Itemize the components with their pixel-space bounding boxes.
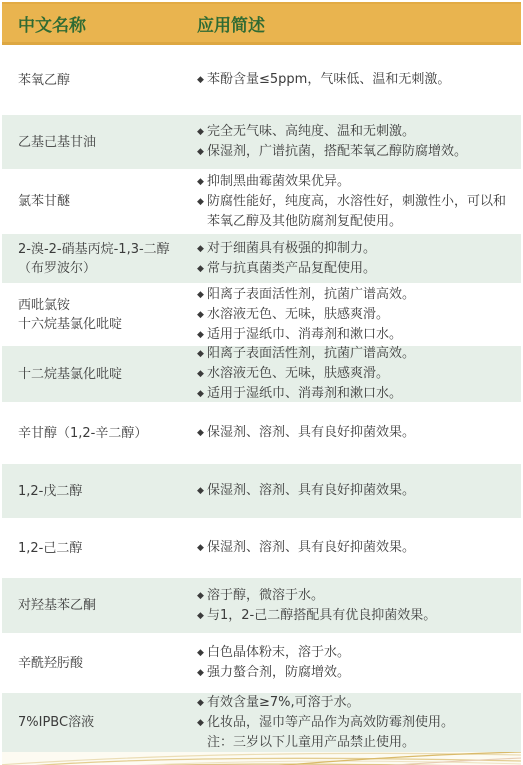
diamond-bullet-icon: ◆ <box>197 71 207 90</box>
desc-text: 白色晶体粉末，溶于水。 <box>207 645 350 660</box>
desc-line: ◆适用于湿纸巾、消毒剂和漱口水。 <box>197 325 517 345</box>
desc-cell: ◆阳离子表面活性剂，抗菌广谱高效。◆水溶液无色、无味，肤感爽滑。◆适用于湿纸巾、… <box>197 286 521 343</box>
desc-line: ◆完全无气味、高纯度、温和无刺激。 <box>197 122 517 142</box>
diamond-bullet-icon: ◆ <box>197 240 207 259</box>
name-cell: 氯苯甘醚 <box>2 172 197 231</box>
desc-text: 水溶液无色、无味，肤感爽滑。 <box>207 307 389 322</box>
desc-line: ◆水溶液无色、无味，肤感爽滑。 <box>197 364 517 384</box>
chemical-name: 2-溴-2-硝基丙烷-1,3-二醇 <box>18 240 197 259</box>
diamond-bullet-icon: ◆ <box>197 385 207 404</box>
desc-line: ◆适用于湿纸巾、消毒剂和漱口水。 <box>197 384 517 404</box>
desc-text: 强力螯合剂，防腐增效。 <box>207 665 350 680</box>
desc-text: 抑制黑曲霉菌效果优异。 <box>207 174 350 189</box>
name-cell: 1,2-戊二醇 <box>2 464 197 518</box>
desc-line: ◆苯酚含量≤5ppm，气味低、温和无刺激。 <box>197 70 517 90</box>
table-row: 辛酰羟肟酸◆白色晶体粉末，溶于水。◆强力螯合剂，防腐增效。 <box>2 633 521 690</box>
desc-line: ◆强力螯合剂，防腐增效。 <box>197 663 517 683</box>
table-row: 对羟基苯乙酮◆溶于醇，微溶于水。◆与1，2-己二醇搭配具有优良抑菌效果。 <box>2 575 521 633</box>
name-cell: 辛酰羟肟酸 <box>2 636 197 690</box>
desc-line: ◆抑制黑曲霉菌效果优异。 <box>197 172 517 192</box>
table-row: 1,2-己二醇◆保湿剂、溶剂、具有良好抑菌效果。 <box>2 518 521 575</box>
wave-lines-icon <box>2 752 521 765</box>
diamond-bullet-icon: ◆ <box>197 326 207 345</box>
table-body: 苯氧乙醇◆苯酚含量≤5ppm，气味低、温和无刺激。乙基己基甘油◆完全无气味、高纯… <box>2 45 521 752</box>
diamond-bullet-icon: ◆ <box>197 424 207 443</box>
desc-text: 常与抗真菌类产品复配使用。 <box>207 261 376 276</box>
desc-text: 与1，2-己二醇搭配具有优良抑菌效果。 <box>207 608 436 623</box>
name-cell: 对羟基苯乙酮 <box>2 578 197 633</box>
desc-cell: ◆苯酚含量≤5ppm，气味低、温和无刺激。 <box>197 48 521 112</box>
desc-cell: ◆溶于醇，微溶于水。◆与1，2-己二醇搭配具有优良抑菌效果。 <box>197 578 521 633</box>
chemical-name: 西吡氯铵 <box>18 296 197 315</box>
desc-cell: ◆抑制黑曲霉菌效果优异。◆防腐性能好，纯度高，水溶性好，刺激性小，可以和苯氧乙醇… <box>197 172 521 231</box>
diamond-bullet-icon: ◆ <box>197 123 207 142</box>
desc-cell: ◆对于细菌具有极强的抑制力。◆常与抗真菌类产品复配使用。 <box>197 234 521 283</box>
desc-line: ◆水溶液无色、无味，肤感爽滑。 <box>197 305 517 325</box>
table-row: 1,2-戊二醇◆保湿剂、溶剂、具有良好抑菌效果。 <box>2 461 521 518</box>
desc-text: 阳离子表面活性剂，抗菌广谱高效。 <box>207 346 415 361</box>
desc-line: ◆有效含量≥7%,可溶于水。 <box>197 693 517 713</box>
chemical-name: （布罗波尔） <box>18 259 197 278</box>
chemical-name: 1,2-己二醇 <box>18 539 197 558</box>
table-row: 十二烷基氯化吡啶◆阳离子表面活性剂，抗菌广谱高效。◆水溶液无色、无味，肤感爽滑。… <box>2 343 521 402</box>
desc-text: 注：三岁以下儿童用产品禁止使用。 <box>207 735 415 750</box>
desc-line: 注：三岁以下儿童用产品禁止使用。 <box>197 733 517 752</box>
chemical-name: 氯苯甘醚 <box>18 192 197 211</box>
desc-text: 苯氧乙醇及其他防腐剂复配使用。 <box>207 214 402 229</box>
diamond-bullet-icon: ◆ <box>197 644 207 663</box>
desc-text: 适用于湿纸巾、消毒剂和漱口水。 <box>207 386 402 401</box>
diamond-bullet-icon: ◆ <box>197 365 207 384</box>
desc-line: ◆保湿剂、溶剂、具有良好抑菌效果。 <box>197 423 517 443</box>
desc-text: 阳离子表面活性剂，抗菌广谱高效。 <box>207 287 415 302</box>
diamond-bullet-icon: ◆ <box>197 193 207 212</box>
desc-cell: ◆阳离子表面活性剂，抗菌广谱高效。◆水溶液无色、无味，肤感爽滑。◆适用于湿纸巾、… <box>197 346 521 402</box>
table-row: 7%IPBC溶液◆有效含量≥7%,可溶于水。◆化妆品，湿巾等产品作为高效防霉剂使… <box>2 690 521 752</box>
desc-line: ◆防腐性能好，纯度高，水溶性好，刺激性小，可以和 <box>197 192 517 212</box>
desc-line: ◆保湿剂、溶剂、具有良好抑菌效果。 <box>197 481 517 501</box>
desc-cell: ◆白色晶体粉末，溶于水。◆强力螯合剂，防腐增效。 <box>197 636 521 690</box>
diamond-bullet-icon: ◆ <box>197 694 207 713</box>
name-cell: 苯氧乙醇 <box>2 48 197 112</box>
desc-text: 有效含量≥7%,可溶于水。 <box>207 695 360 710</box>
chemical-name: 苯氧乙醇 <box>18 71 197 90</box>
table-row: 西吡氯铵十六烷基氯化吡啶◆阳离子表面活性剂，抗菌广谱高效。◆水溶液无色、无味，肤… <box>2 283 521 343</box>
desc-cell: ◆保湿剂、溶剂、具有良好抑菌效果。 <box>197 405 521 461</box>
diamond-bullet-icon: ◆ <box>197 539 207 558</box>
chemical-name: 辛酰羟肟酸 <box>18 654 197 673</box>
chemical-name: 十六烷基氯化吡啶 <box>18 315 197 334</box>
name-cell: 西吡氯铵十六烷基氯化吡啶 <box>2 286 197 343</box>
name-cell: 2-溴-2-硝基丙烷-1,3-二醇（布罗波尔） <box>2 234 197 283</box>
diamond-bullet-icon: ◆ <box>197 345 207 364</box>
table-row: 乙基己基甘油◆完全无气味、高纯度、温和无刺激。◆保湿剂，广谱抗菌，搭配苯氧乙醇防… <box>2 112 521 169</box>
desc-line: ◆阳离子表面活性剂，抗菌广谱高效。 <box>197 285 517 305</box>
desc-text: 保湿剂，广谱抗菌，搭配苯氧乙醇防腐增效。 <box>207 144 467 159</box>
diamond-bullet-icon: ◆ <box>197 143 207 162</box>
diamond-bullet-icon: ◆ <box>197 173 207 192</box>
desc-cell: ◆有效含量≥7%,可溶于水。◆化妆品，湿巾等产品作为高效防霉剂使用。注：三岁以下… <box>197 693 521 752</box>
diamond-bullet-icon: ◆ <box>197 664 207 683</box>
desc-line: ◆与1，2-己二醇搭配具有优良抑菌效果。 <box>197 606 517 626</box>
table-header-row: 中文名称 应用简述 <box>2 2 521 45</box>
desc-line: ◆阳离子表面活性剂，抗菌广谱高效。 <box>197 344 517 364</box>
diamond-bullet-icon: ◆ <box>197 714 207 733</box>
column-header-application: 应用简述 <box>197 11 521 36</box>
desc-text: 对于细菌具有极强的抑制力。 <box>207 241 376 256</box>
desc-cell: ◆保湿剂、溶剂、具有良好抑菌效果。 <box>197 464 521 518</box>
desc-line: ◆白色晶体粉末，溶于水。 <box>197 643 517 663</box>
ingredient-table-page: 中文名称 应用简述 苯氧乙醇◆苯酚含量≤5ppm，气味低、温和无刺激。乙基己基甘… <box>0 0 523 765</box>
diamond-bullet-icon: ◆ <box>197 286 207 305</box>
desc-text: 水溶液无色、无味，肤感爽滑。 <box>207 366 389 381</box>
desc-text: 保湿剂、溶剂、具有良好抑菌效果。 <box>207 540 415 555</box>
table-row: 2-溴-2-硝基丙烷-1,3-二醇（布罗波尔）◆对于细菌具有极强的抑制力。◆常与… <box>2 231 521 283</box>
desc-text: 完全无气味、高纯度、温和无刺激。 <box>207 124 415 139</box>
diamond-bullet-icon: ◆ <box>197 260 207 279</box>
desc-cell: ◆保湿剂、溶剂、具有良好抑菌效果。 <box>197 521 521 575</box>
footer-decoration <box>2 752 521 765</box>
name-cell: 1,2-己二醇 <box>2 521 197 575</box>
chemical-name: 对羟基苯乙酮 <box>18 596 197 615</box>
desc-line: ◆对于细菌具有极强的抑制力。 <box>197 239 517 259</box>
desc-text: 保湿剂、溶剂、具有良好抑菌效果。 <box>207 483 415 498</box>
chemical-name: 乙基己基甘油 <box>18 133 197 152</box>
table-row: 苯氧乙醇◆苯酚含量≤5ppm，气味低、温和无刺激。 <box>2 45 521 112</box>
diamond-bullet-icon: ◆ <box>197 482 207 501</box>
chemical-name: 7%IPBC溶液 <box>18 713 197 732</box>
chemical-name: 辛甘醇（1,2-辛二醇） <box>18 424 197 443</box>
desc-text: 溶于醇，微溶于水。 <box>207 588 324 603</box>
desc-line: ◆保湿剂，广谱抗菌，搭配苯氧乙醇防腐增效。 <box>197 142 517 162</box>
desc-text: 保湿剂、溶剂、具有良好抑菌效果。 <box>207 425 415 440</box>
column-header-chinese-name: 中文名称 <box>2 11 197 36</box>
diamond-bullet-icon: ◆ <box>197 607 207 626</box>
desc-line: 苯氧乙醇及其他防腐剂复配使用。 <box>197 212 517 231</box>
desc-line: ◆保湿剂、溶剂、具有良好抑菌效果。 <box>197 538 517 558</box>
desc-text: 适用于湿纸巾、消毒剂和漱口水。 <box>207 327 402 342</box>
diamond-bullet-icon: ◆ <box>197 306 207 325</box>
desc-text: 防腐性能好，纯度高，水溶性好，刺激性小，可以和 <box>207 194 506 209</box>
desc-text: 化妆品，湿巾等产品作为高效防霉剂使用。 <box>207 715 454 730</box>
chemical-name: 十二烷基氯化吡啶 <box>18 365 197 384</box>
desc-line: ◆常与抗真菌类产品复配使用。 <box>197 259 517 279</box>
chemical-name: 1,2-戊二醇 <box>18 482 197 501</box>
name-cell: 7%IPBC溶液 <box>2 693 197 752</box>
name-cell: 十二烷基氯化吡啶 <box>2 346 197 402</box>
desc-text: 苯酚含量≤5ppm，气味低、温和无刺激。 <box>207 72 450 87</box>
desc-cell: ◆完全无气味、高纯度、温和无刺激。◆保湿剂，广谱抗菌，搭配苯氧乙醇防腐增效。 <box>197 115 521 169</box>
name-cell: 乙基己基甘油 <box>2 115 197 169</box>
desc-line: ◆化妆品，湿巾等产品作为高效防霉剂使用。 <box>197 713 517 733</box>
diamond-bullet-icon: ◆ <box>197 587 207 606</box>
desc-line: ◆溶于醇，微溶于水。 <box>197 586 517 606</box>
table-row: 辛甘醇（1,2-辛二醇）◆保湿剂、溶剂、具有良好抑菌效果。 <box>2 402 521 461</box>
name-cell: 辛甘醇（1,2-辛二醇） <box>2 405 197 461</box>
table-row: 氯苯甘醚◆抑制黑曲霉菌效果优异。◆防腐性能好，纯度高，水溶性好，刺激性小，可以和… <box>2 169 521 231</box>
